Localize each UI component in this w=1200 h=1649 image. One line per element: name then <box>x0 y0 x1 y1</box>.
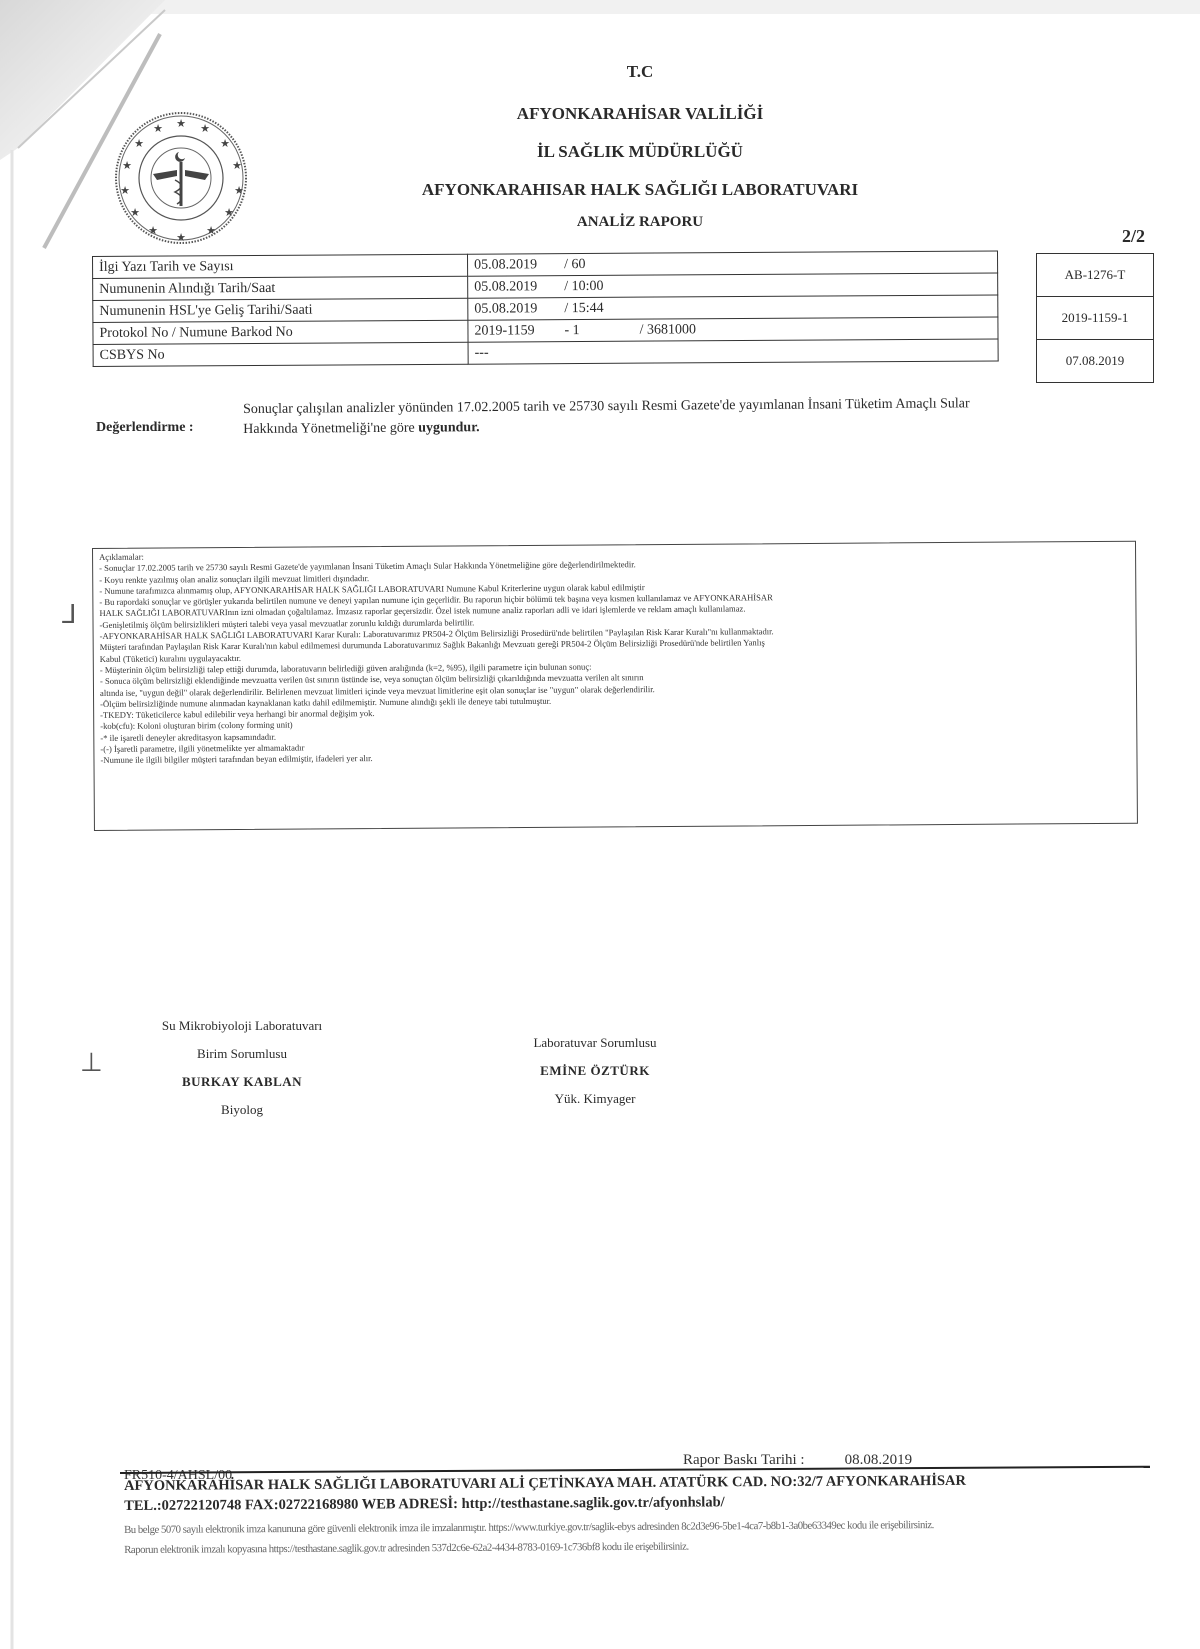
evaluation-text: Sonuçlar çalışılan analizler yönünden 17… <box>243 393 1123 440</box>
info-value: 05.08.2019/ 15:44 <box>468 295 998 320</box>
info-label: CSBYS No <box>93 342 468 366</box>
sig-left-name: BURKAY KABLAN <box>142 1068 342 1096</box>
info-label: İlgi Yazı Tarih ve Sayısı <box>93 254 468 278</box>
evaluation-line-2-text: Hakkında Yönetmeliği'ne göre <box>243 421 418 437</box>
signature-block-left: Su Mikrobiyoloji Laboratuvarı Birim Soru… <box>142 1012 342 1124</box>
info-number: / 10:00 <box>564 278 603 294</box>
accreditation-code: AB-1276-T <box>1037 254 1154 297</box>
info-number: / 60 <box>564 256 585 272</box>
signature-block-right: Laboratuvar Sorumlusu EMİNE ÖZTÜRK Yük. … <box>505 1029 685 1113</box>
sig-left-unit: Su Mikrobiyoloji Laboratuvarı <box>142 1012 342 1040</box>
header-health-directorate: İL SAĞLIK MÜDÜRLÜĞÜ <box>40 142 1200 162</box>
info-value: --- <box>468 339 998 364</box>
footer-address: AFYONKARAHİSAR HALK SAĞLIĞI LABORATUVARI… <box>124 1470 1164 1516</box>
print-date-value: 08.08.2019 <box>845 1452 913 1468</box>
info-value: 05.08.2019/ 60 <box>467 251 997 276</box>
info-label: Protokol No / Numune Barkod No <box>93 320 468 344</box>
info-value: 2019-1159- 1/ 3681000 <box>468 317 998 342</box>
evaluation-label: Değerlendirme : <box>96 420 194 436</box>
info-number: - 1 <box>564 323 579 339</box>
sig-left-title: Biyolog <box>142 1096 342 1124</box>
info-date: --- <box>475 345 565 362</box>
header-tc: T.C <box>40 62 1200 82</box>
page-number: 2/2 <box>1122 226 1145 247</box>
info-number: / 15:44 <box>564 300 603 316</box>
info-date: 05.08.2019 <box>474 301 564 318</box>
sample-info-table: İlgi Yazı Tarih ve Sayısı05.08.2019/ 60N… <box>92 250 999 367</box>
report-date: 07.08.2019 <box>1037 340 1154 383</box>
info-value: 05.08.2019/ 10:00 <box>468 273 998 298</box>
info-label: Numunenin HSL'ye Geliş Tarihi/Saati <box>93 298 468 322</box>
info-row: CSBYS No--- <box>93 339 998 367</box>
explanations-box: Açıklamalar:- Sonuçlar 17.02.2005 tarih … <box>92 541 1138 831</box>
report-title: ANALİZ RAPORU <box>40 214 1200 231</box>
info-label: Numunenin Alındığı Tarih/Saat <box>93 276 468 300</box>
handwritten-mark-icon: ⅃ <box>62 600 77 630</box>
evaluation-result: uygundur. <box>418 420 479 435</box>
svg-text:★: ★ <box>176 231 186 244</box>
header-laboratory: AFYONKARAHISAR HALK SAĞLIĞI LABORATUVARI <box>40 180 1200 200</box>
info-extra: / 3681000 <box>640 322 696 338</box>
print-date-label: Rapor Baskı Tarihi : <box>683 1452 805 1468</box>
sig-right-title: Yük. Kimyager <box>505 1085 685 1113</box>
report-number: 2019-1159-1 <box>1037 297 1154 340</box>
footer-esign: Bu belge 5070 sayılı elektronik imza kan… <box>124 1514 1164 1560</box>
report-id-table: AB-1276-T 2019-1159-1 07.08.2019 <box>1036 253 1154 383</box>
info-date: 2019-1159 <box>474 323 564 340</box>
initial-mark-icon: ⊥ <box>80 1048 103 1078</box>
sig-left-role: Birim Sorumlusu <box>142 1040 342 1068</box>
sig-right-name: EMİNE ÖZTÜRK <box>505 1057 685 1085</box>
sig-right-role: Laboratuvar Sorumlusu <box>505 1029 685 1057</box>
info-date: 05.08.2019 <box>474 279 564 296</box>
header-governorship: AFYONKARAHİSAR VALİLİĞİ <box>40 104 1200 124</box>
info-date: 05.08.2019 <box>474 257 564 274</box>
